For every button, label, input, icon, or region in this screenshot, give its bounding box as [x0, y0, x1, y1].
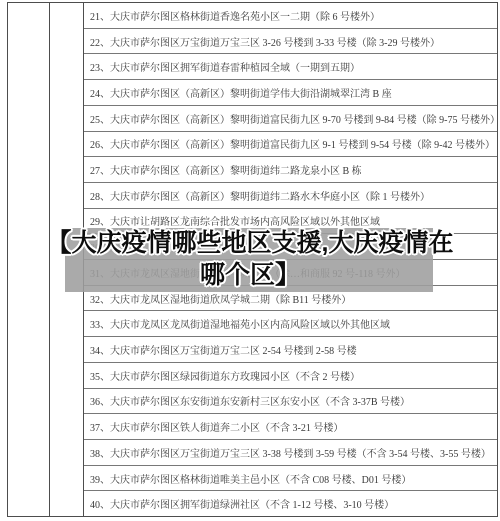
table-row: 36、大庆市萨尔图区东安街道东安新村三区东安小区（不含 3-37B 号楼）	[84, 389, 497, 415]
watermark-title: 【大庆疫情哪些地区支援,大庆疫情在 哪个区】	[0, 227, 500, 291]
table-row: 37、大庆市萨尔图区铁人街道奔二小区（不含 3-21 号楼）	[84, 414, 497, 440]
table-row: 40、大庆市萨尔图区拥军街道绿洲社区（不含 1-12 号楼、3-10 号楼）	[84, 491, 497, 516]
table-row: 35、大庆市萨尔图区绿园街道东方玫瑰园小区（不含 2 号楼）	[84, 363, 497, 389]
table-row: 24、大庆市萨尔图区（高新区）黎明街道学伟大街沿湖城翠江湾 B 座	[84, 80, 497, 106]
table-row: 34、大庆市萨尔图区万宝街道万宝二区 2-54 号楼到 2-58 号楼	[84, 337, 497, 363]
watermark-title-line2: 哪个区】	[0, 259, 500, 291]
table-row: 39、大庆市萨尔图区格林街道唯美主邑小区（不含 C08 号楼、D01 号楼）	[84, 466, 497, 492]
table-row: 21、大庆市萨尔图区格林街道香逸名苑小区一二期（除 6 号楼外）	[84, 3, 497, 29]
table-row: 38、大庆市萨尔图区万宝街道万宝三区 3-38 号楼到 3-59 号楼（不含 3…	[84, 440, 497, 466]
table-row: 25、大庆市萨尔图区（高新区）黎明街道富民街九区 9-70 号楼到 9-84 号…	[84, 106, 497, 132]
table-row: 26、大庆市萨尔图区（高新区）黎明街道富民街九区 9-1 号楼到 9-54 号楼…	[84, 132, 497, 158]
document-screenshot: { "colors": { "page_background": "#fffff…	[0, 0, 500, 521]
table-row: 33、大庆市龙凤区龙凤街道湿地福苑小区内高风险区域以外其他区域	[84, 311, 497, 337]
table-row: 23、大庆市萨尔图区拥军街道春雷种植园全域（一期到五期）	[84, 54, 497, 80]
table-row: 22、大庆市萨尔图区万宝街道万宝三区 3-26 号楼到 3-33 号楼（除 3-…	[84, 29, 497, 55]
watermark-title-line1: 【大庆疫情哪些地区支援,大庆疫情在	[0, 227, 500, 259]
table-row: 28、大庆市萨尔图区（高新区）黎明街道纬二路水木华庭小区（除 1 号楼外）	[84, 183, 497, 209]
table-row: 27、大庆市萨尔图区（高新区）黎明街道纬二路龙泉小区 B 栋	[84, 157, 497, 183]
